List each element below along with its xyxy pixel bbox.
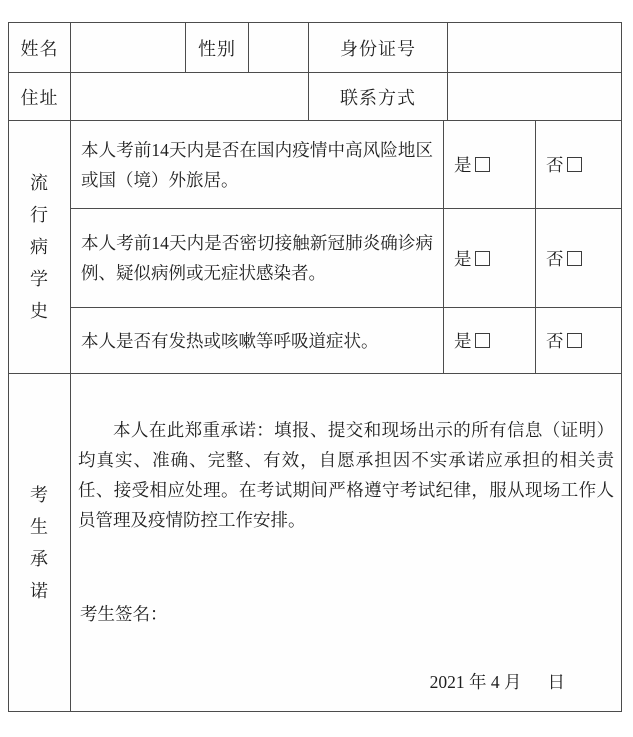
- date-line: 2021 年 4 月 日: [430, 668, 565, 694]
- signature-label: 考生签名：: [80, 601, 168, 626]
- question-contact-no-checkbox[interactable]: [567, 251, 582, 266]
- row-name-gender-id: 姓名 性别 身份证号: [9, 23, 621, 73]
- id-number-input[interactable]: [448, 23, 621, 72]
- name-label: 姓名: [21, 35, 59, 61]
- question-symptoms-yes-cell: 是: [444, 308, 536, 373]
- contact-label: 联系方式: [340, 84, 416, 110]
- gender-input[interactable]: [249, 23, 309, 72]
- gender-label-cell: 性别: [186, 23, 249, 72]
- question-row-symptoms: 本人是否有发热或咳嗽等呼吸道症状。 是 否: [71, 308, 621, 373]
- gender-label: 性别: [198, 35, 236, 61]
- question-row-contact: 本人考前14天内是否密切接触新冠肺炎确诊病例、疑似病例或无症状感染者。 是 否: [71, 209, 621, 308]
- commitment-section-label-cell: 考生承诺: [9, 374, 71, 711]
- question-symptoms-no-checkbox[interactable]: [567, 333, 582, 348]
- question-contact-no-cell: 否: [536, 209, 621, 307]
- question-contact-text: 本人考前14天内是否密切接触新冠肺炎确诊病例、疑似病例或无症状感染者。: [71, 209, 444, 307]
- no-label: 否: [546, 328, 564, 353]
- commitment-section-label: 考生承诺: [30, 479, 50, 607]
- date-year-month-text: 2021 年 4 月: [430, 669, 522, 694]
- date-day-blank[interactable]: [522, 668, 548, 688]
- address-input[interactable]: [71, 73, 309, 120]
- no-label: 否: [546, 152, 564, 177]
- id-number-label-cell: 身份证号: [309, 23, 448, 72]
- yes-label: 是: [454, 152, 472, 177]
- commitment-content-cell: 本人在此郑重承诺：填报、提交和现场出示的所有信息（证明）均真实、准确、完整、有效…: [71, 374, 621, 711]
- yes-label: 是: [454, 328, 472, 353]
- question-contact-yes-cell: 是: [444, 209, 536, 307]
- yes-label: 是: [454, 246, 472, 271]
- signature-line: 考生签名：: [80, 599, 338, 627]
- form-table: 姓名 性别 身份证号 住址 联系方式 流行病学: [8, 22, 622, 712]
- contact-label-cell: 联系方式: [309, 73, 448, 120]
- epidemiology-section: 流行病学史 本人考前14天内是否在国内疫情中高风险地区或国（境）外旅居。 是 否…: [9, 121, 621, 374]
- row-address-contact: 住址 联系方式: [9, 73, 621, 121]
- question-row-travel: 本人考前14天内是否在国内疫情中高风险地区或国（境）外旅居。 是 否: [71, 121, 621, 209]
- epidemiology-questions: 本人考前14天内是否在国内疫情中高风险地区或国（境）外旅居。 是 否 本人考前1…: [71, 121, 621, 373]
- question-travel-yes-checkbox[interactable]: [475, 157, 490, 172]
- name-input[interactable]: [71, 23, 186, 72]
- id-number-label: 身份证号: [340, 35, 416, 61]
- question-symptoms-no-cell: 否: [536, 308, 621, 373]
- question-travel-text: 本人考前14天内是否在国内疫情中高风险地区或国（境）外旅居。: [71, 121, 444, 208]
- question-contact-yes-checkbox[interactable]: [475, 251, 490, 266]
- signature-input[interactable]: [168, 599, 338, 627]
- commitment-section: 考生承诺 本人在此郑重承诺：填报、提交和现场出示的所有信息（证明）均真实、准确、…: [9, 374, 621, 711]
- question-travel-no-cell: 否: [536, 121, 621, 208]
- address-label-cell: 住址: [9, 73, 71, 120]
- address-label: 住址: [21, 84, 59, 110]
- health-declaration-form-page: 姓名 性别 身份证号 住址 联系方式 流行病学: [0, 0, 633, 737]
- question-symptoms-yes-checkbox[interactable]: [475, 333, 490, 348]
- contact-input[interactable]: [448, 73, 621, 120]
- date-day-label: 日: [548, 669, 566, 694]
- commitment-statement: 本人在此郑重承诺：填报、提交和现场出示的所有信息（证明）均真实、准确、完整、有效…: [78, 415, 614, 535]
- epidemiology-section-label: 流行病学史: [30, 167, 50, 327]
- epidemiology-section-label-cell: 流行病学史: [9, 121, 71, 373]
- question-travel-no-checkbox[interactable]: [567, 157, 582, 172]
- no-label: 否: [546, 246, 564, 271]
- question-symptoms-text: 本人是否有发热或咳嗽等呼吸道症状。: [71, 308, 444, 373]
- name-label-cell: 姓名: [9, 23, 71, 72]
- question-travel-yes-cell: 是: [444, 121, 536, 208]
